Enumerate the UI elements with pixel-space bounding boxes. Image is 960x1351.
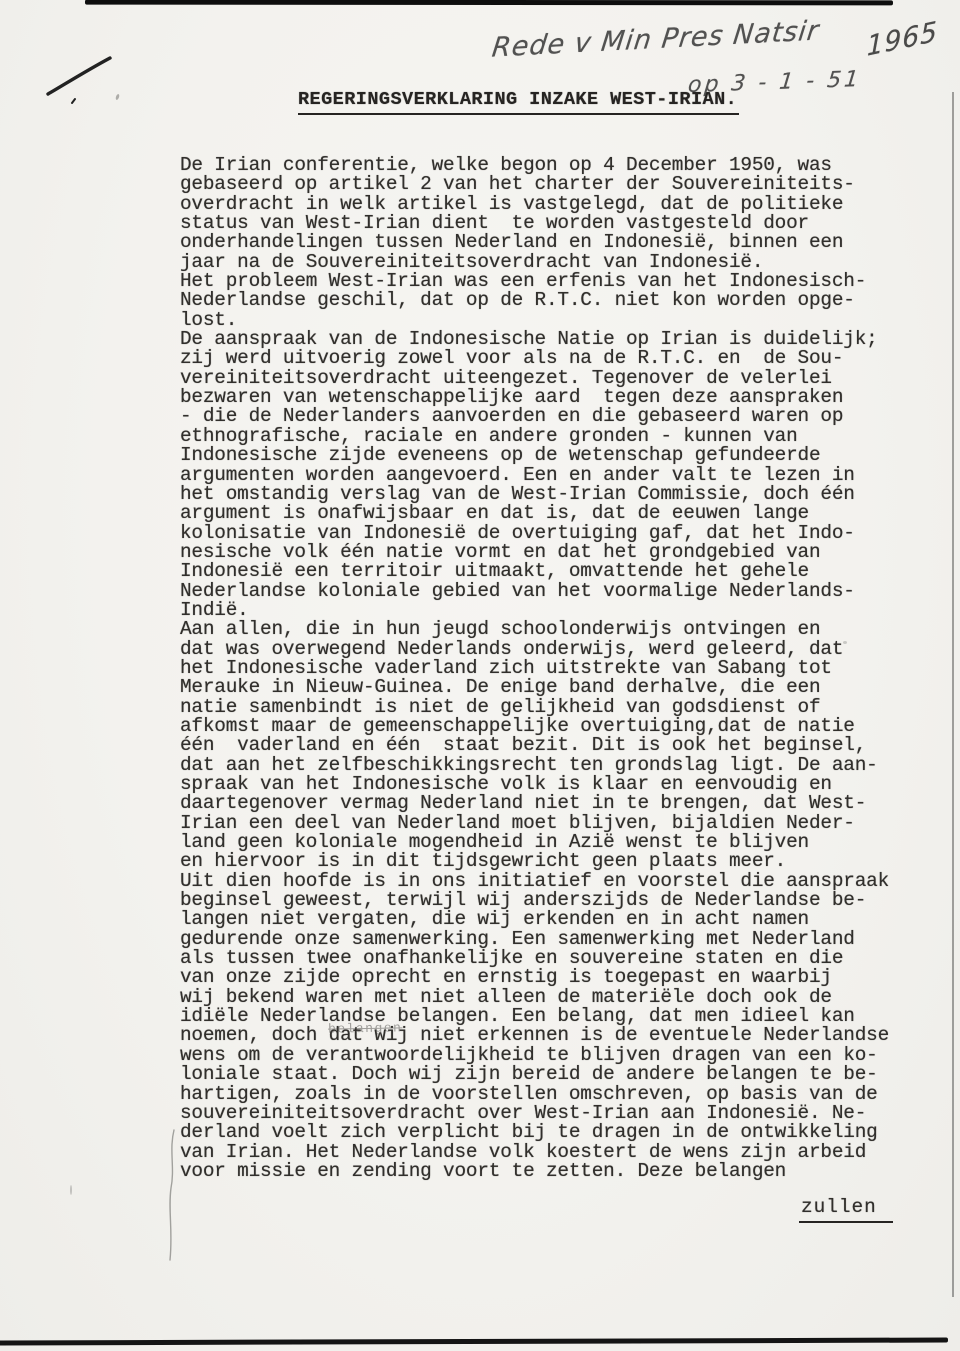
scan-top-edge-line [85, 0, 893, 5]
scan-speck [843, 641, 847, 644]
text-line: loniale staat. Doch wij zijn bereid de a… [180, 1065, 889, 1084]
text-line: Indonesië een territoir uitmaakt, omvatt… [180, 562, 889, 581]
text-line: Merauke in Nieuw-Guinea. De enige band d… [180, 678, 889, 697]
text-line: zij werd uitvoerig zowel voor als na de … [180, 349, 889, 368]
pen-dash-mark [42, 48, 122, 104]
text-line: daartegenover vermag Nederland niet in t… [180, 794, 889, 813]
scan-bottom-edge-line [0, 1338, 948, 1346]
text-line: argument is onafwijsbaar en dat is, dat … [180, 504, 889, 523]
text-line: en hiervoor is in dit tijdsgewricht geen… [180, 852, 889, 871]
text-line: Nederlandse geschil, dat op de R.T.C. ni… [180, 291, 889, 310]
text-line: kolonisatie van Indonesië de overtuiging… [180, 524, 889, 543]
scan-right-edge-line [952, 92, 954, 1297]
scan-speck [70, 1185, 72, 1195]
text-line: Aan allen, die in hun jeugd schoolonderw… [180, 620, 889, 639]
text-line: argumenten worden aangevoerd. Een en and… [180, 466, 889, 485]
text-line: voor missie en zending voort te zetten. … [180, 1162, 889, 1181]
text-line: Indonesische zijde eveneens op de wetens… [180, 446, 889, 465]
text-line: van Irian. Het Nederlandse volk koestert… [180, 1143, 889, 1162]
text-line: Nederlandse koloniale gebied van het voo… [180, 582, 889, 601]
text-line: onderhandelingen tussen Nederland en Ind… [180, 233, 889, 252]
text-line: derland voelt zich verplicht bij te drag… [180, 1123, 889, 1142]
document-body: De Irian conferentie, welke begon op 4 D… [180, 156, 889, 1181]
text-line: langen niet vergaten, die wij erkenden e… [180, 910, 889, 929]
catchword: zullen [799, 1196, 893, 1223]
margin-bracket-mark [164, 1126, 180, 1266]
text-line: - die de Nederlanders aanvoerden en die … [180, 407, 889, 426]
handwritten-note: Rede v Min Pres Natsir [490, 15, 821, 63]
document-title: REGERINGSVERKLARING INZAKE WEST-IRIAN. [298, 89, 739, 115]
text-line: gebaseerd op artikel 2 van het charter d… [180, 175, 889, 194]
text-line: één vaderland en één staat bezit. Dit is… [180, 736, 889, 755]
text-line: noemen, doch dat wij niet erkennen is de… [180, 1026, 889, 1045]
strikeout-fragment: belangen [328, 1020, 403, 1036]
handwritten-year: 1965 [867, 16, 938, 63]
scanned-document-page: Rede v Min Pres Natsir op 3 - 1 - 51 196… [0, 0, 960, 1351]
text-line: hartigen, zoals in de voorstellen omschr… [180, 1085, 889, 1104]
text-line: van onze zijde oprecht en ernstig is toe… [180, 968, 889, 987]
